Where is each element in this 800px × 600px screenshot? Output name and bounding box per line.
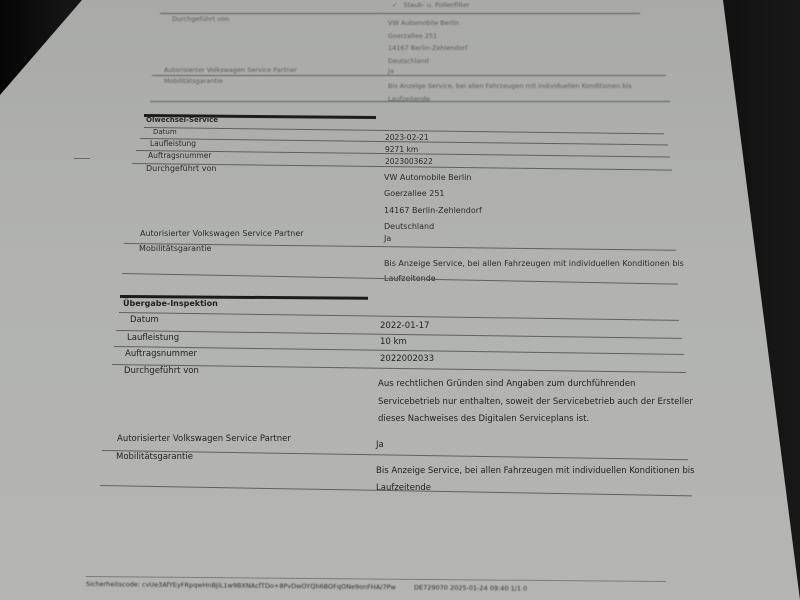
divider	[160, 13, 640, 14]
address-line: VW Automobile Berlin	[384, 170, 482, 186]
value-line: dieses Nachweises des Digitalen Servicep…	[378, 411, 693, 429]
field-label-durchgefuehrt: Durchgeführt von	[124, 366, 199, 376]
divider	[150, 101, 670, 102]
field-label-mobilitaetsgarantie: Mobilitätsgarantie	[139, 244, 211, 253]
field-value-durchgefuehrt: VW Automobile Berlin Goerzallee 251 1416…	[384, 170, 482, 235]
field-value-service-partner: Ja	[384, 234, 391, 243]
section-title: Ölwechsel-Service	[146, 116, 218, 124]
field-label-auftragsnummer: Auftragsnummer	[125, 349, 197, 359]
checked-item: ✓Staub- u. Pollenfilter	[392, 1, 470, 9]
field-value-service-partner: Ja	[376, 440, 384, 450]
address-line: Deutschland	[384, 219, 482, 235]
value-line: Bis Anzeige Service, bei allen Fahrzeuge…	[384, 256, 684, 271]
divider	[152, 75, 666, 76]
field-value-mobilitaetsgarantie: Bis Anzeige Service, bei allen Fahrzeuge…	[388, 80, 632, 106]
footer-security-line: Sicherheitscode: cvUe3AfYEyFRpqwHnBJiL1w…	[86, 580, 527, 593]
address-line: Deutschland	[388, 55, 468, 68]
field-label-mobilitaetsgarantie: Mobilitätsgarantie	[164, 77, 223, 85]
field-label-auftragsnummer: Auftragsnummer	[148, 151, 212, 160]
field-value-durchgefuehrt: Aus rechtlichen Gründen sind Angaben zum…	[378, 376, 693, 429]
value-line: Laufzeitende	[388, 93, 632, 106]
stray-mark	[74, 158, 90, 159]
field-label-laufleistung: Laufleistung	[127, 333, 179, 343]
field-label-durchgefuehrt: Durchgeführt von	[146, 164, 216, 173]
checked-item-label: Staub- u. Pollenfilter	[403, 1, 469, 9]
page-number: 1/1.0	[511, 584, 528, 592]
document-id: DE729070	[414, 583, 448, 591]
field-label-service-partner: Autorisierter Volkswagen Service Partner	[117, 434, 291, 444]
address-line: VW Automobile Berlin	[388, 17, 468, 30]
field-value-auftragsnummer: 2023003622	[385, 157, 433, 166]
service-record-document: ✓Staub- u. Pollenfilter Durchgeführt von…	[0, 0, 800, 600]
field-label-durchgefuehrt: Durchgeführt von	[172, 15, 229, 23]
section-title: Übergabe-Inspektion	[123, 299, 218, 308]
photo-scene: ✓Staub- u. Pollenfilter Durchgeführt von…	[0, 0, 800, 600]
security-code-value: cvUe3AfYEyFRpqwHnBJiL1w9BXNAcfTDo+8PvDwO…	[142, 581, 396, 592]
field-label-service-partner: Autorisierter Volkswagen Service Partner	[140, 229, 304, 238]
value-line: Bis Anzeige Service, bei allen Fahrzeuge…	[376, 463, 695, 480]
address-line: 14167 Berlin-Zehlendorf	[384, 203, 482, 219]
field-label-datum: Datum	[153, 128, 177, 136]
field-value-laufleistung: 10 km	[380, 337, 407, 347]
field-value-datum: 2022-01-17	[380, 321, 429, 331]
address-line: Goerzallee 251	[384, 186, 482, 202]
field-value-service-partner: Ja	[388, 67, 394, 75]
field-label-laufleistung: Laufleistung	[150, 139, 196, 148]
value-line: Servicebetrieb nur enthalten, soweit der…	[378, 394, 693, 412]
field-label-service-partner: Autorisierter Volkswagen Service Partner	[164, 66, 297, 74]
value-line: Bis Anzeige Service, bei allen Fahrzeuge…	[388, 80, 632, 93]
value-line: Aus rechtlichen Gründen sind Angaben zum…	[378, 376, 693, 394]
divider	[119, 312, 679, 321]
checkmark-icon: ✓	[392, 1, 397, 9]
field-label-mobilitaetsgarantie: Mobilitätsgarantie	[116, 452, 193, 462]
field-value-auftragsnummer: 2022002033	[380, 354, 434, 364]
address-line: Goerzallee 251	[388, 30, 468, 43]
address-line: 14167 Berlin-Zehlendorf	[388, 42, 468, 55]
field-label-datum: Datum	[130, 315, 159, 325]
field-value-durchgefuehrt: VW Automobile Berlin Goerzallee 251 1416…	[388, 17, 468, 67]
security-code-label: Sicherheitscode:	[86, 580, 140, 589]
timestamp: 2025-01-24 09:40	[450, 584, 509, 593]
